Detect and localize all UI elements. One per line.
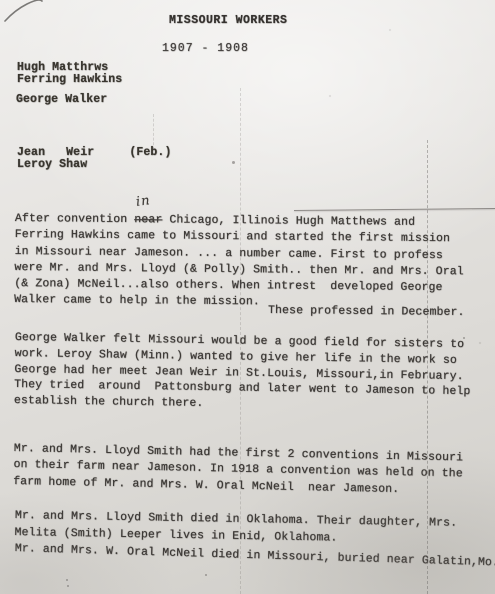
worker-names-group-3: Jean Weir (Feb.) Leroy Shaw [17,147,171,170]
text-segment: After convention [15,212,134,226]
worker-name: Jean Weir (Feb.) [17,147,171,159]
struck-word-near: near [134,213,162,226]
worker-name: George Walker [16,94,107,106]
fold-line [427,140,428,594]
document-title: MISSOURI WORKERS [169,13,287,29]
scan-speck [463,337,465,339]
worker-name: Leroy Shaw [17,159,171,171]
scan-speck [232,161,235,164]
scan-line-artifact [294,208,495,211]
offset-sentence: These professed in December. [268,303,465,321]
worker-name: Ferring Hawkins [17,74,122,86]
document-years: 1907 - 1908 [162,41,249,57]
fold-line [240,88,241,594]
scan-speck [67,585,69,587]
paragraph-2: George Walker felt Missouri would be a g… [14,330,472,416]
pencil-mark [2,0,44,24]
scanned-document-page: MISSOURI WORKERS 1907 - 1908 Hugh Matthr… [0,0,495,594]
worker-names-group-1: Hugh Matthrws Ferring Hawkins [17,62,122,85]
handwritten-in-annotation: in [135,193,151,210]
worker-names-group-2: George Walker [16,94,107,106]
scan-speck [66,579,68,581]
paragraph-3: Mr. and Mrs. Lloyd Smith had the first 2… [13,441,463,499]
fold-line [153,114,154,150]
text-segment: Chicago, Illinois Hugh Matthews and [162,213,415,228]
worker-name: Hugh Matthrws [17,62,122,74]
scan-speck [205,574,207,576]
